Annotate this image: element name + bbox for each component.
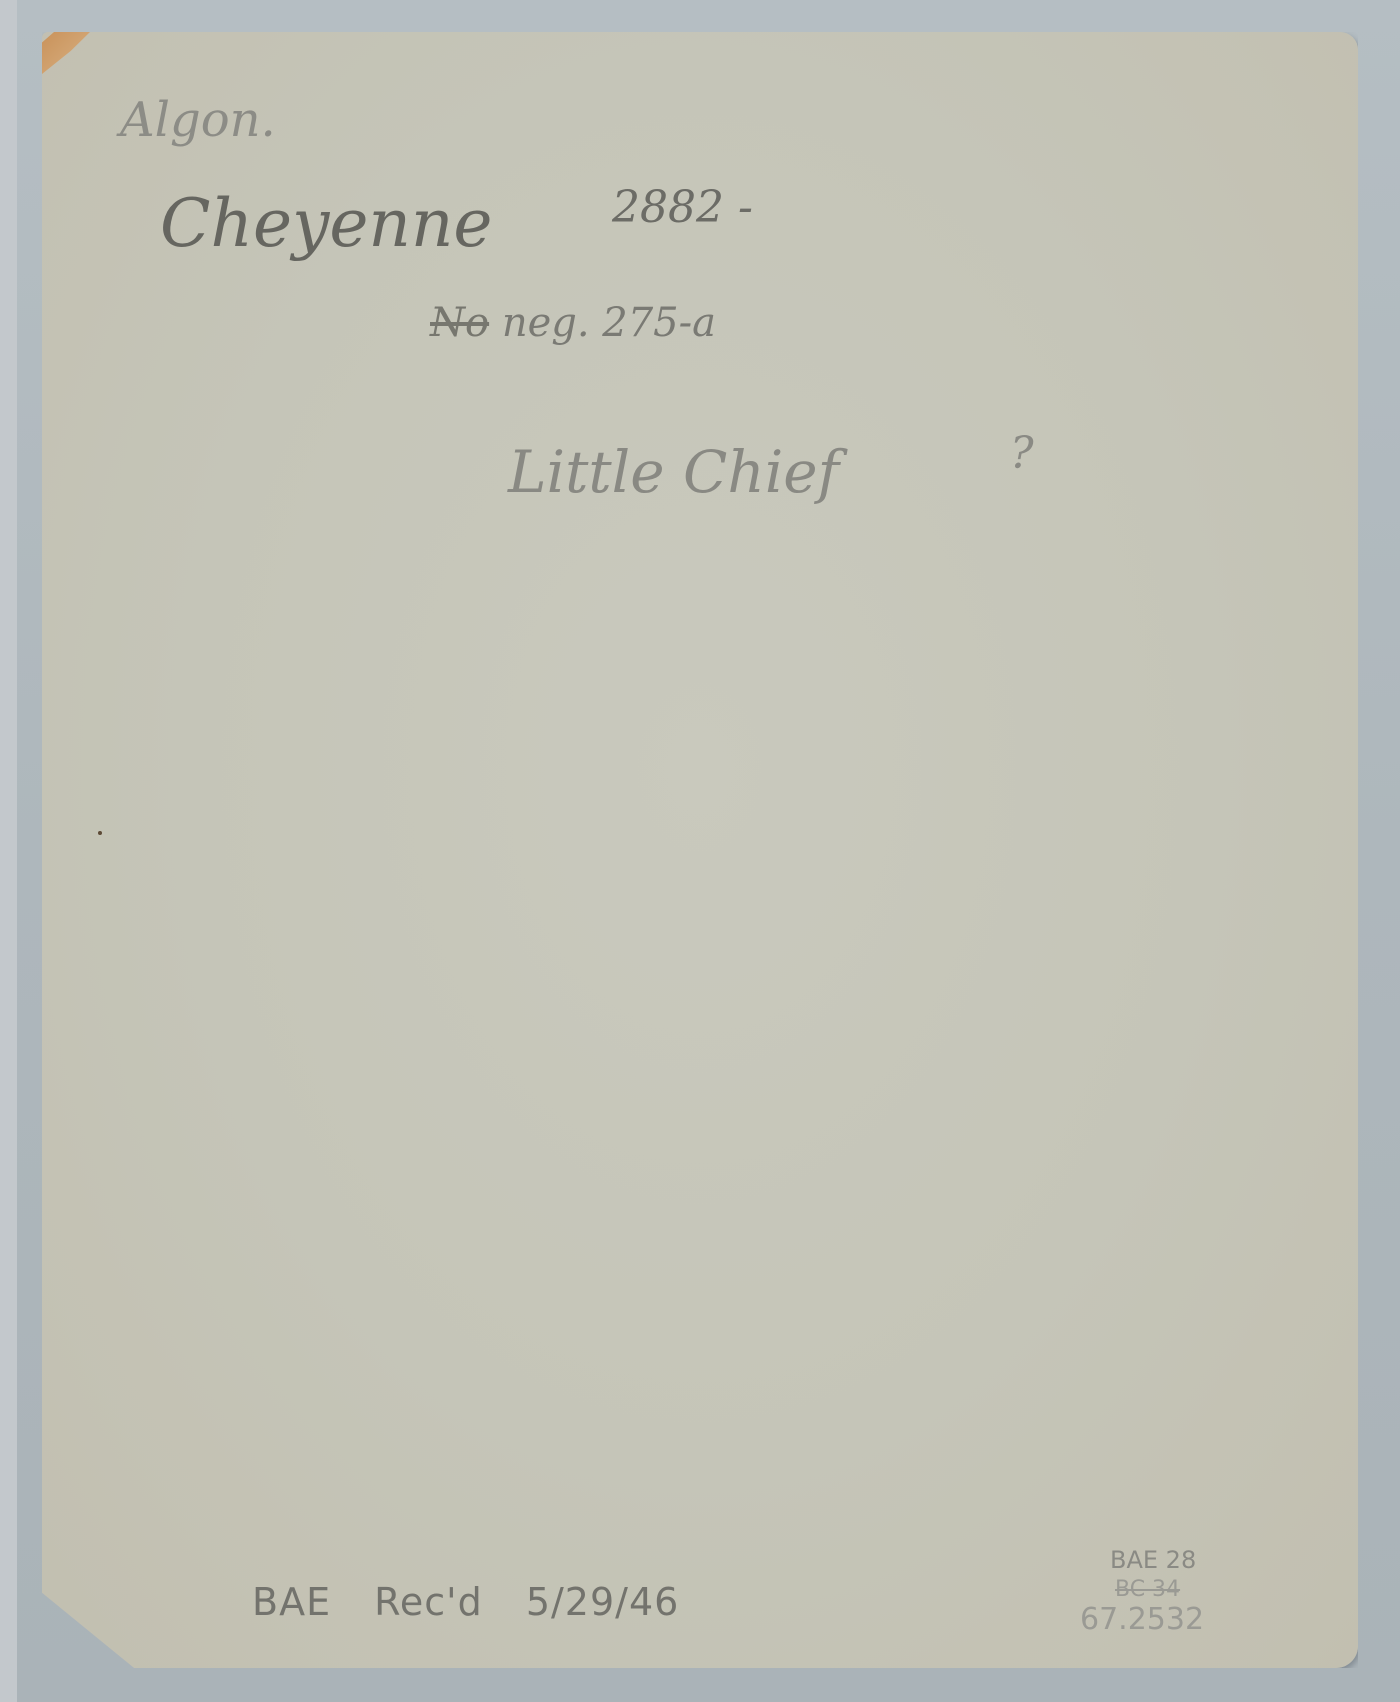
received-stamp-note: BAE Rec'd 5/29/46 <box>252 1580 709 1624</box>
culture-group-note: Algon. <box>120 92 276 148</box>
catalog-line-2-struck: BC 34 <box>1105 1575 1204 1605</box>
scan-edge-strip <box>0 0 17 1702</box>
catalog-line-1: BAE 28 <box>1105 1545 1204 1575</box>
tribe-note: Cheyenne <box>160 185 492 262</box>
catalog-number-note: 2882 - <box>612 182 753 233</box>
received-org: BAE <box>252 1580 331 1624</box>
catalog-line-3: 67.2532 <box>1080 1605 1204 1635</box>
photo-card-verso <box>42 32 1358 1668</box>
received-date: 5/29/46 <box>526 1580 680 1624</box>
received-label: Rec'd <box>374 1580 483 1624</box>
negative-text: neg. 275-a <box>502 300 716 346</box>
subject-name-note: Little Chief <box>508 438 839 506</box>
catalog-stamp: BAE 28 BC 34 67.2532 <box>1105 1545 1204 1635</box>
negative-number-note: No neg. 275-a <box>430 300 716 346</box>
subject-query-mark: ? <box>1010 428 1034 479</box>
struck-prefix: No <box>430 300 489 346</box>
paper-speck <box>98 831 102 835</box>
